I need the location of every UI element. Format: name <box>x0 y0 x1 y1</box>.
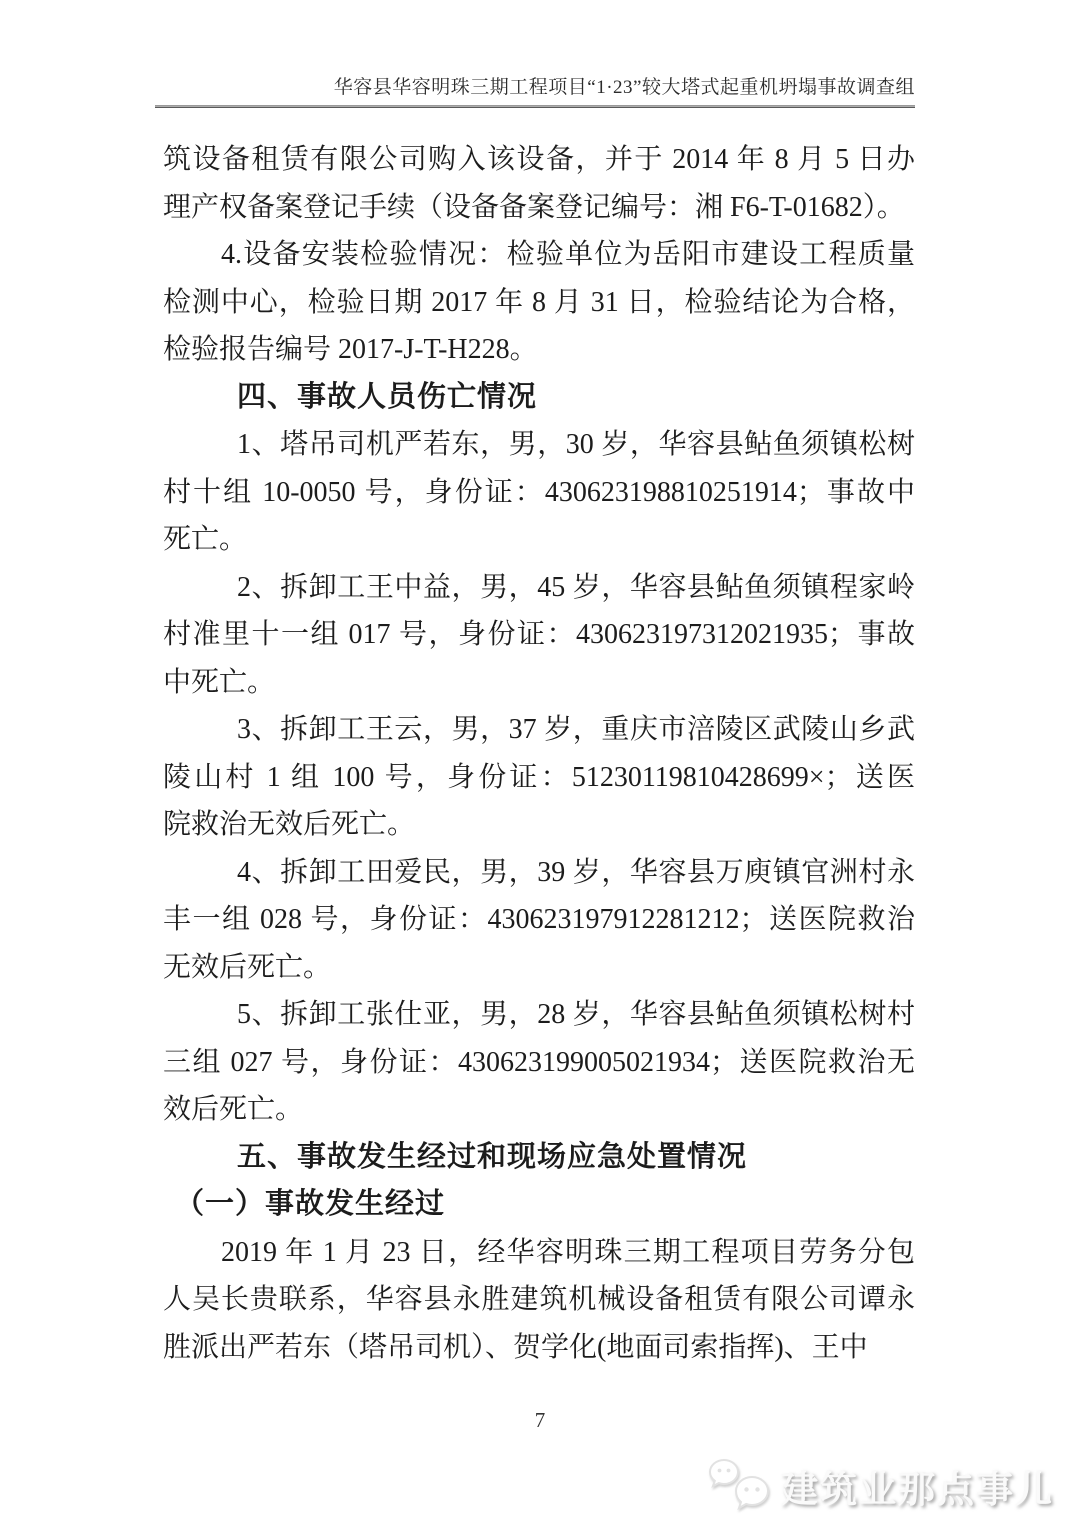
text-line: 死亡。 <box>163 516 915 564</box>
text-line: 2019 年 1 月 23 日，经华容明珠三期工程项目劳务分包 <box>163 1229 915 1277</box>
text-line: 无效后死亡。 <box>163 944 915 992</box>
text-line: 村准里十一组 017 号，身份证：430623197312021935；事故 <box>163 611 915 659</box>
text-line: 4、拆卸工田爱民，男，39 岁，华容县万庾镇官洲村永 <box>163 849 915 897</box>
paragraph: 3、拆卸工王云，男，37 岁，重庆市涪陵区武陵山乡武陵山村 1 组 100 号，… <box>163 706 915 849</box>
text-line: 2、拆卸工王中益，男，45 岁，华容县鲇鱼须镇程家岭 <box>163 564 915 612</box>
watermark: 建筑业那点事儿 <box>707 1458 1054 1514</box>
header-title: 华容县华容明珠三期工程项目“1·23”较大塔式起重机坍塌事故调查组 <box>155 72 915 99</box>
text-line: 陵山村 1 组 100 号，身份证：51230119810428699×；送医 <box>163 754 915 802</box>
section-heading: 五、事故发生经过和现场应急处置情况 <box>163 1134 915 1182</box>
paragraph: 筑设备租赁有限公司购入该设备，并于 2014 年 8 月 5 日办理产权备案登记… <box>163 136 915 231</box>
text-line: 三组 027 号，身份证：430623199005021934；送医院救治无 <box>163 1039 915 1087</box>
text-line: 3、拆卸工王云，男，37 岁，重庆市涪陵区武陵山乡武 <box>163 706 915 754</box>
text-line: 5、拆卸工张仕亚，男，28 岁，华容县鲇鱼须镇松树村 <box>163 991 915 1039</box>
document-body: 筑设备租赁有限公司购入该设备，并于 2014 年 8 月 5 日办理产权备案登记… <box>163 136 915 1371</box>
page-header: 华容县华容明珠三期工程项目“1·23”较大塔式起重机坍塌事故调查组 <box>155 72 915 108</box>
text-line: 检测中心，检验日期 2017 年 8 月 31 日，检验结论为合格， <box>163 279 915 327</box>
paragraph: 1、塔吊司机严若东，男，30 岁，华容县鲇鱼须镇松树村十组 10-0050 号，… <box>163 421 915 564</box>
text-line: 村十组 10-0050 号，身份证：430623198810251914；事故中 <box>163 469 915 517</box>
text-line: 人吴长贵联系，华容县永胜建筑机械设备租赁有限公司谭永 <box>163 1276 915 1324</box>
section-heading: （一）事故发生经过 <box>163 1181 915 1229</box>
text-line: 丰一组 028 号，身份证：430623197912281212；送医院救治 <box>163 896 915 944</box>
text-line: 理产权备案登记手续（设备备案登记编号：湘 F6-T-01682）。 <box>163 184 915 232</box>
page-number: 7 <box>0 1408 1080 1433</box>
text-line: 筑设备租赁有限公司购入该设备，并于 2014 年 8 月 5 日办 <box>163 136 915 184</box>
header-rule <box>155 105 915 108</box>
text-line: 院救治无效后死亡。 <box>163 801 915 849</box>
text-line: 效后死亡。 <box>163 1086 915 1134</box>
text-line: 检验报告编号 2017-J-T-H228。 <box>163 326 915 374</box>
wechat-icon <box>707 1458 773 1514</box>
document-page: 华容县华容明珠三期工程项目“1·23”较大塔式起重机坍塌事故调查组 筑设备租赁有… <box>0 0 1080 1527</box>
text-line: 4.设备安装检验情况：检验单位为岳阳市建设工程质量 <box>163 231 915 279</box>
text-line: 四、事故人员伤亡情况 <box>163 374 915 422</box>
text-line: （一）事故发生经过 <box>163 1181 915 1229</box>
section-heading: 四、事故人员伤亡情况 <box>163 374 915 422</box>
text-line: 中死亡。 <box>163 659 915 707</box>
paragraph: 2、拆卸工王中益，男，45 岁，华容县鲇鱼须镇程家岭村准里十一组 017 号，身… <box>163 564 915 707</box>
paragraph: 4、拆卸工田爱民，男，39 岁，华容县万庾镇官洲村永丰一组 028 号，身份证：… <box>163 849 915 992</box>
text-line: 五、事故发生经过和现场应急处置情况 <box>163 1134 915 1182</box>
text-line: 胜派出严若东（塔吊司机）、贺学化(地面司索指挥)、王中 <box>163 1324 915 1372</box>
watermark-text: 建筑业那点事儿 <box>781 1459 1054 1513</box>
paragraph: 2019 年 1 月 23 日，经华容明珠三期工程项目劳务分包人吴长贵联系，华容… <box>163 1229 915 1372</box>
text-line: 1、塔吊司机严若东，男，30 岁，华容县鲇鱼须镇松树 <box>163 421 915 469</box>
paragraph: 5、拆卸工张仕亚，男，28 岁，华容县鲇鱼须镇松树村三组 027 号，身份证：4… <box>163 991 915 1134</box>
paragraph: 4.设备安装检验情况：检验单位为岳阳市建设工程质量检测中心，检验日期 2017 … <box>163 231 915 374</box>
